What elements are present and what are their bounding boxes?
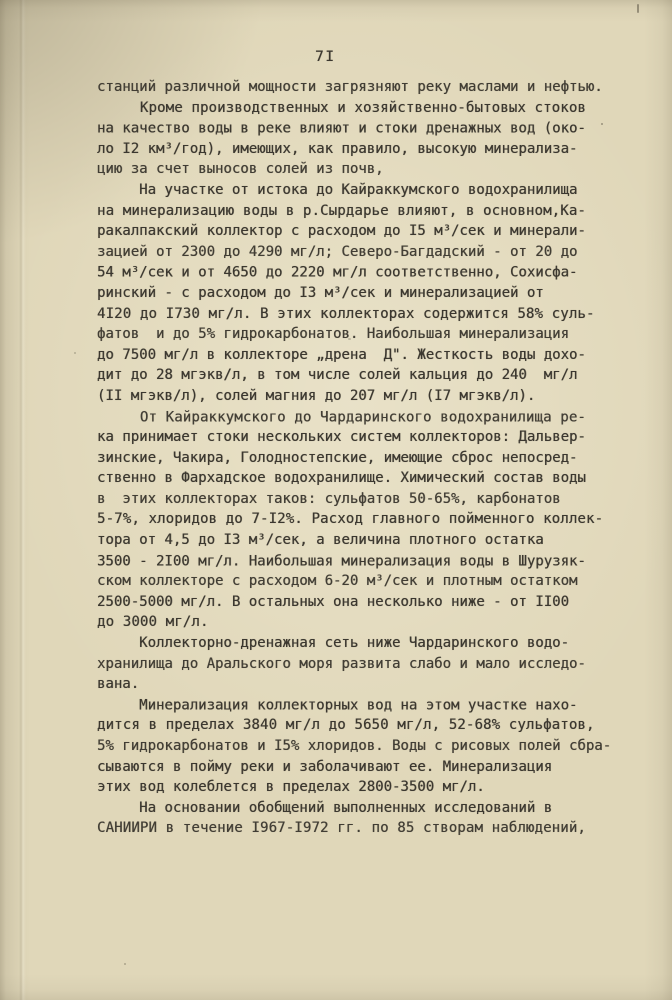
text-line: ринский - с расходом до I3 м³/сек и мине… bbox=[97, 283, 611, 304]
scanned-page: 7I станций различной мощности загрязняют… bbox=[0, 0, 672, 1000]
text-line: сываются в пойму реки и заболачивают ее.… bbox=[97, 757, 611, 778]
text-line: ском коллекторе с расходом 6-20 м³/сек и… bbox=[97, 571, 611, 592]
text-line: дит до 28 мгэкв/л, в том числе солей кал… bbox=[97, 365, 611, 386]
text-line: САНИИРИ в течение I967-I972 гг. по 85 ст… bbox=[97, 818, 611, 839]
text-line: От Кайраккумского до Чардаринского водох… bbox=[97, 407, 611, 428]
paper-speck bbox=[74, 352, 76, 354]
document-text: станций различной мощности загрязняют ре… bbox=[97, 77, 611, 839]
text-line: цию за счет выносов солей из почв, bbox=[97, 159, 611, 180]
text-line: фатов и до 5% гидрокарбонатов. Наибольша… bbox=[97, 324, 611, 345]
text-line: на минерализацию воды в р.Сырдарье влияю… bbox=[97, 201, 611, 222]
paper-speck bbox=[637, 4, 639, 13]
text-line: 2500-5000 мг/л. В остальных она нескольк… bbox=[97, 592, 611, 613]
text-line: в этих коллекторах таков: сульфатов 50-6… bbox=[97, 489, 611, 510]
paper-speck bbox=[348, 338, 351, 340]
text-line: ло I2 км³/год), имеющих, как правило, вы… bbox=[97, 139, 611, 160]
paper-speck bbox=[124, 963, 126, 965]
text-line: этих вод колеблется в пределах 2800-3500… bbox=[97, 777, 611, 798]
text-line: вана. bbox=[97, 674, 611, 695]
paper-speck bbox=[601, 123, 603, 125]
text-line: На основании обобщений выполненных иссле… bbox=[97, 798, 611, 819]
text-line: На участке от истока до Кайраккумского в… bbox=[97, 180, 611, 201]
text-line: 5-7%, хлоридов до 7-I2%. Расход главного… bbox=[97, 509, 611, 530]
text-line: хранилища до Аральского моря развита сла… bbox=[97, 654, 611, 675]
text-line: до 7500 мг/л в коллекторе „дрена Д". Жес… bbox=[97, 345, 611, 366]
text-line: дится в пределах 3840 мг/л до 5650 мг/л,… bbox=[97, 715, 611, 736]
text-line: до 3000 мг/л. bbox=[97, 612, 611, 633]
text-line: станций различной мощности загрязняют ре… bbox=[97, 77, 611, 98]
text-line: Коллекторно-дренажная сеть ниже Чардарин… bbox=[97, 633, 611, 654]
text-line: тора от 4,5 до I3 м³/сек, а величина пло… bbox=[97, 530, 611, 551]
text-line: 3500 - 2I00 мг/л. Наибольшая минерализац… bbox=[97, 551, 611, 572]
text-line: Кроме производственных и хозяйственно-бы… bbox=[97, 98, 611, 119]
text-line: зацией от 2300 до 4290 мг/л; Северо-Багд… bbox=[97, 242, 611, 263]
text-line: на качество воды в реке влияют и стоки д… bbox=[97, 119, 611, 140]
text-line: ракалпакский коллектор с расходом до I5 … bbox=[97, 221, 611, 242]
text-line: 4I20 до I730 мг/л. В этих коллекторах со… bbox=[97, 304, 611, 325]
text-line: (II мгэкв/л), солей магния до 207 мг/л (… bbox=[97, 386, 611, 407]
text-line: 5% гидрокарбонатов и I5% хлоридов. Воды … bbox=[97, 736, 611, 757]
text-line: ственно в Фархадское водохранилище. Хими… bbox=[97, 468, 611, 489]
text-line: 54 м³/сек и от 4650 до 2220 мг/л соответ… bbox=[97, 263, 611, 284]
text-line: зинские, Чакира, Голодностепские, имеющи… bbox=[97, 448, 611, 469]
text-line: Минерализация коллекторных вод на этом у… bbox=[97, 695, 611, 716]
page-number: 7I bbox=[315, 49, 335, 65]
text-line: ка принимает стоки нескольких систем кол… bbox=[97, 427, 611, 448]
